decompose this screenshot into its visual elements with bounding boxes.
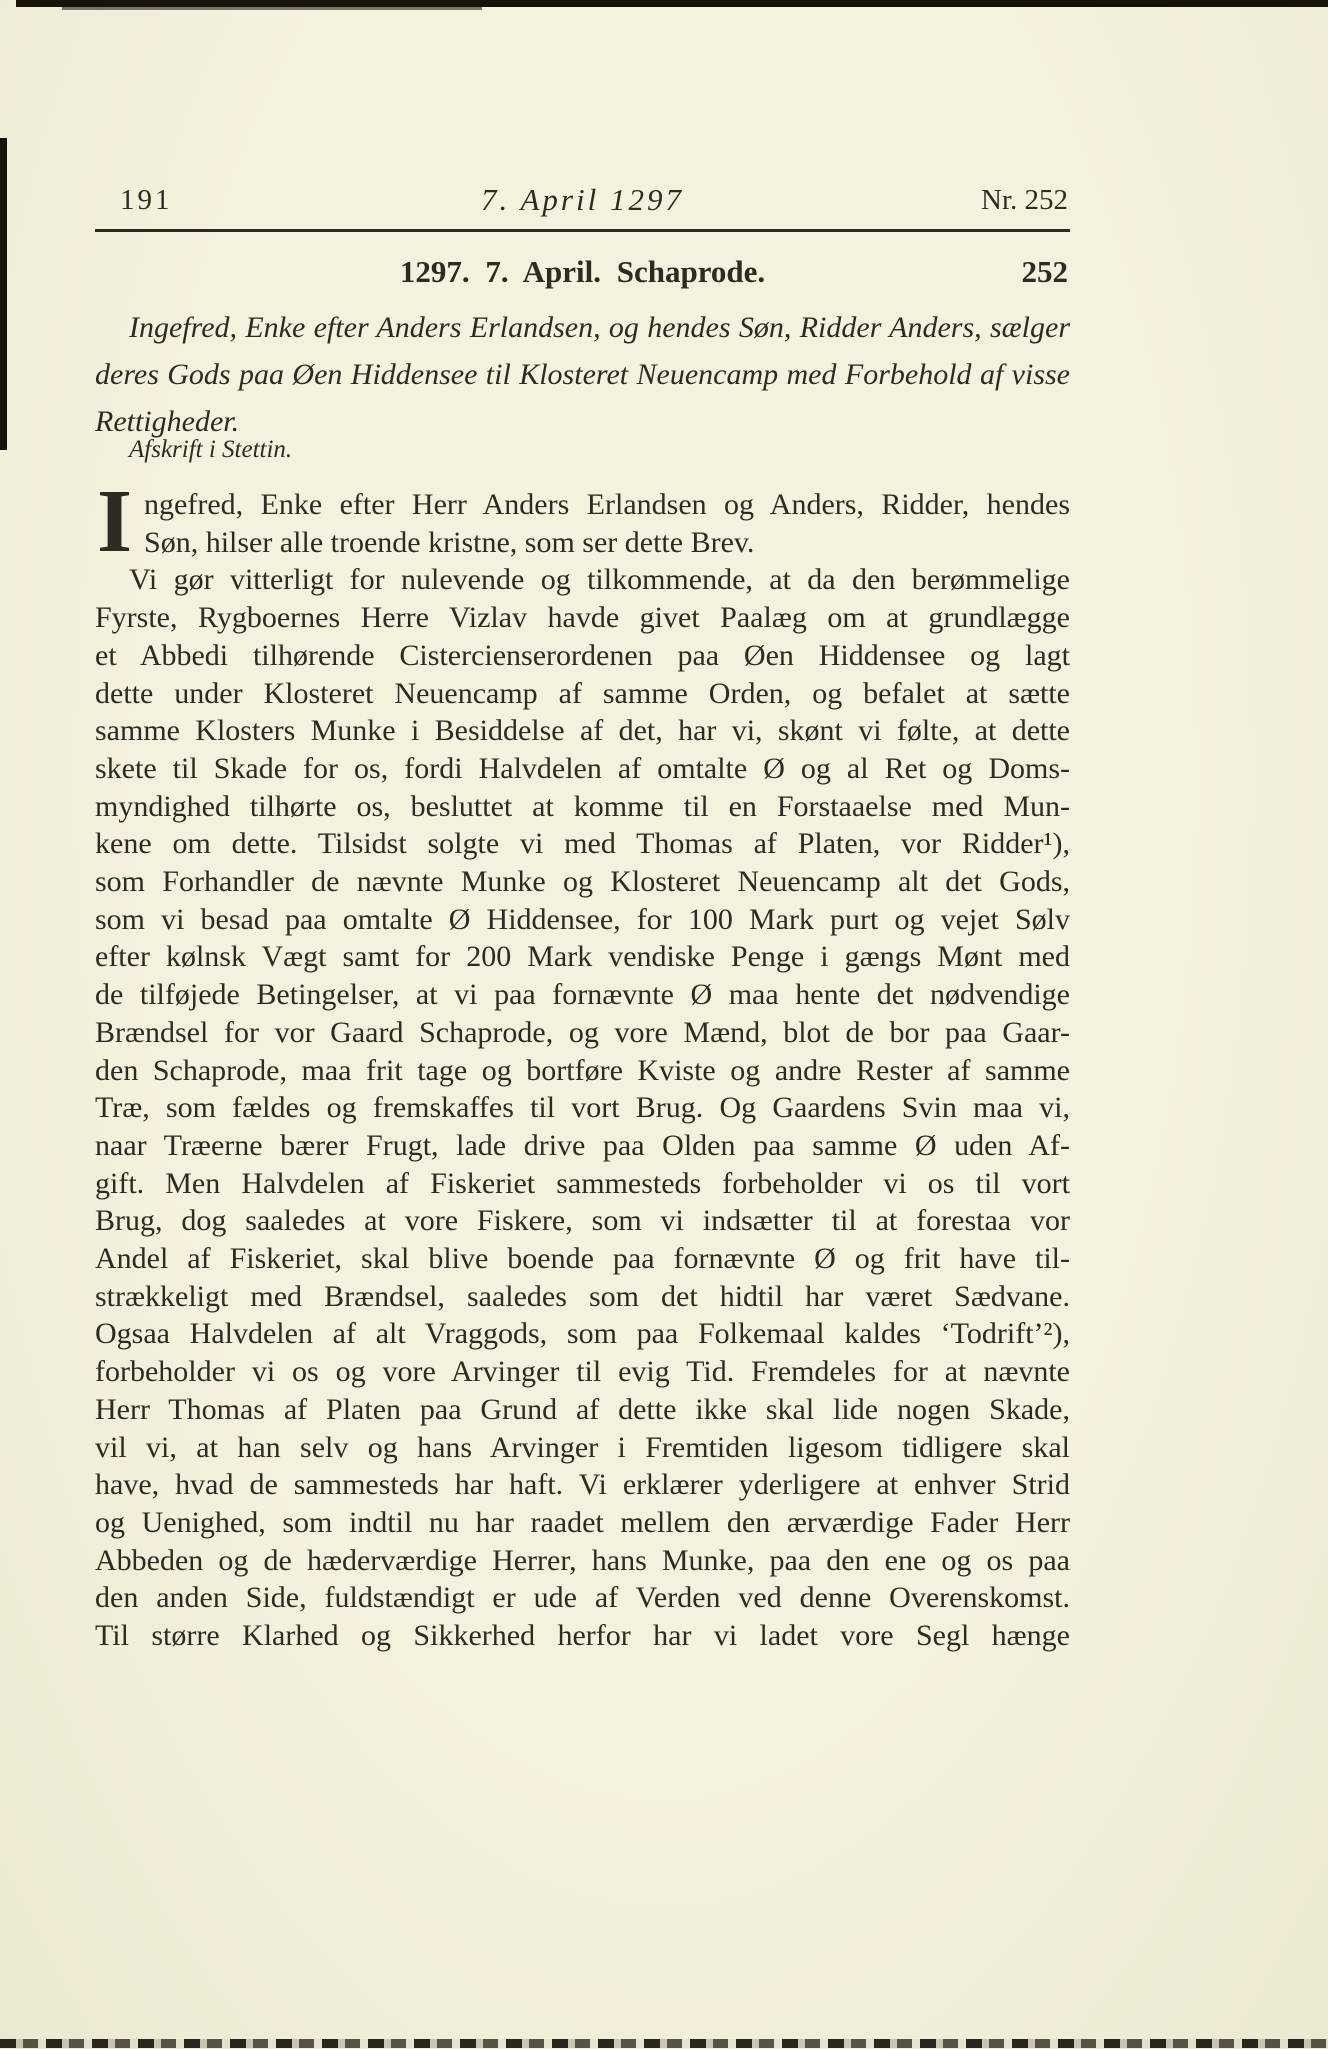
document-body: I ngefred, Enke efter Herr Anders Erland… bbox=[95, 486, 1070, 1655]
body-lines: ngefred, Enke efter Herr Anders Erlandse… bbox=[95, 486, 1070, 1655]
header-rule bbox=[95, 229, 1070, 232]
source-note: Afskrift i Stettin. bbox=[129, 436, 292, 464]
summary-line: deres Gods paa Øen Hiddensee til Kloster… bbox=[95, 351, 1070, 398]
body-line: have, hvad de sammesteds har haft. Vi er… bbox=[95, 1466, 1070, 1504]
body-line: dette under Klosteret Neuencamp af samme… bbox=[95, 675, 1070, 713]
body-line: vil vi, at han selv og hans Arvinger i F… bbox=[95, 1429, 1070, 1467]
body-line: Fyrste, Rygboernes Herre Vizlav havde gi… bbox=[95, 599, 1070, 637]
body-line: strækkeligt med Brændsel, saaledes som d… bbox=[95, 1278, 1070, 1316]
body-line: skete til Skade for os, fordi Halvdelen … bbox=[95, 750, 1070, 788]
body-line: Abbeden og de hæderværdige Herrer, hans … bbox=[95, 1542, 1070, 1580]
body-line: Træ, som fældes og fremskaffes til vort … bbox=[95, 1089, 1070, 1127]
body-line: og Uenighed, som indtil nu har raadet me… bbox=[95, 1504, 1070, 1542]
body-line: ngefred, Enke efter Herr Anders Erlandse… bbox=[95, 486, 1070, 524]
body-line: Til større Klarhed og Sikkerhed herfor h… bbox=[95, 1617, 1070, 1655]
body-line: myndighed tilhørte os, besluttet at komm… bbox=[95, 788, 1070, 826]
body-line: den Schaprode, maa frit tage og bortføre… bbox=[95, 1052, 1070, 1090]
body-line: Ogsaa Halvdelen af alt Vraggods, som paa… bbox=[95, 1315, 1070, 1353]
page-content: 191 7. April 1297 Nr. 252 1297. 7. April… bbox=[95, 0, 1070, 2049]
body-line: naar Træerne bærer Frugt, lade drive paa… bbox=[95, 1127, 1070, 1165]
body-line: forbeholder vi os og vore Arvinger til e… bbox=[95, 1353, 1070, 1391]
document-summary: Ingefred, Enke efter Anders Erlandsen, o… bbox=[95, 304, 1070, 445]
body-line: et Abbedi tilhørende Cistercienserordene… bbox=[95, 637, 1070, 675]
summary-line: Ingefred, Enke efter Anders Erlandsen, o… bbox=[95, 304, 1070, 351]
body-line: gift. Men Halvdelen af Fiskeriet sammest… bbox=[95, 1165, 1070, 1203]
running-title: 7. April 1297 bbox=[95, 182, 1070, 218]
body-line: Brændsel for vor Gaard Schaprode, og vor… bbox=[95, 1014, 1070, 1052]
document-number: 252 bbox=[1022, 254, 1069, 290]
body-line: som vi besad paa omtalte Ø Hiddensee, fo… bbox=[95, 901, 1070, 939]
body-line: efter kølnsk Vægt samt for 200 Mark vend… bbox=[95, 938, 1070, 976]
body-line: Andel af Fiskeriet, skal blive boende pa… bbox=[95, 1240, 1070, 1278]
document-heading: 1297. 7. April. Schaprode. bbox=[95, 254, 1070, 290]
drop-cap: I bbox=[95, 486, 144, 560]
body-line: de tilføjede Betingelser, at vi paa forn… bbox=[95, 976, 1070, 1014]
body-line: den anden Side, fuldstændigt er ude af V… bbox=[95, 1579, 1070, 1617]
book-page: 191 7. April 1297 Nr. 252 1297. 7. April… bbox=[0, 0, 1328, 2049]
body-line: samme Klosters Munke i Besiddelse af det… bbox=[95, 712, 1070, 750]
body-line: Søn, hilser alle troende kristne, som se… bbox=[95, 524, 1070, 562]
body-line: Brug, dog saaledes at vore Fiskere, som … bbox=[95, 1202, 1070, 1240]
body-line: kene om dette. Tilsidst solgte vi med Th… bbox=[95, 825, 1070, 863]
scan-edge-left bbox=[0, 138, 7, 450]
body-line: Herr Thomas af Platen paa Grund af dette… bbox=[95, 1391, 1070, 1429]
document-title-row: 1297. 7. April. Schaprode. 252 bbox=[95, 254, 1070, 290]
document-number-label: Nr. 252 bbox=[981, 184, 1068, 217]
body-line: som Forhandler de nævnte Munke og Kloste… bbox=[95, 863, 1070, 901]
body-line: Vi gør vitterligt for nulevende og tilko… bbox=[95, 561, 1070, 599]
